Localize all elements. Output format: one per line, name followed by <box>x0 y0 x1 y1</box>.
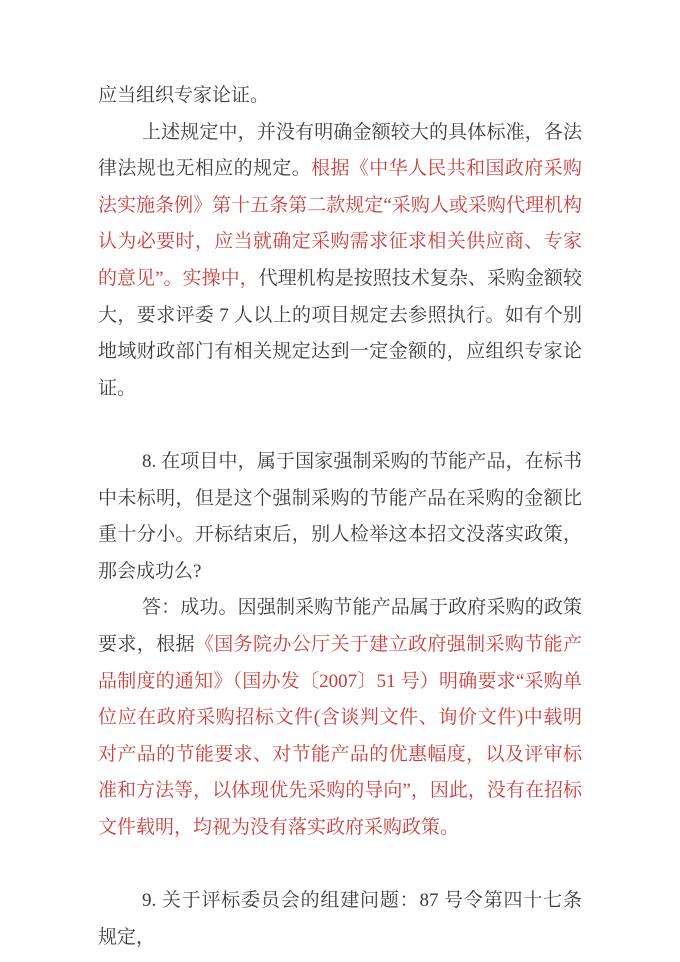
text-run-black: 8. 在项目中，属于国家强制采购的节能产品，在标书中未标明，但是这个强制采购的节… <box>98 451 582 582</box>
text-run-red: 《国务院办公厅关于建立政府强制采购节能产品制度的通知》（国办发〔2007〕51 … <box>98 634 582 838</box>
paragraph-2: 上述规定中，并没有明确金额较大的具体标准，各法律法规也无相应的规定。根据《中华人… <box>98 115 582 408</box>
text-run-black: 应当组织专家论证。 <box>98 85 269 106</box>
paragraph-3: 8. 在项目中，属于国家强制采购的节能产品，在标书中未标明，但是这个强制采购的节… <box>98 444 582 590</box>
paragraph-4: 答：成功。因强制采购节能产品属于政府采购的政策要求，根据《国务院办公厅关于建立政… <box>98 590 582 846</box>
text-run-black: 9. 关于评标委员会的组建问题：87 号令第四十七条规定， <box>98 890 582 948</box>
paragraph-1: 应当组织专家论证。 <box>98 78 582 115</box>
paragraph-5: 9. 关于评标委员会的组建问题：87 号令第四十七条规定， <box>98 883 582 956</box>
document-page: 应当组织专家论证。上述规定中，并没有明确金额较大的具体标准，各法律法规也无相应的… <box>0 0 680 962</box>
document-text-body: 应当组织专家论证。上述规定中，并没有明确金额较大的具体标准，各法律法规也无相应的… <box>98 78 582 956</box>
